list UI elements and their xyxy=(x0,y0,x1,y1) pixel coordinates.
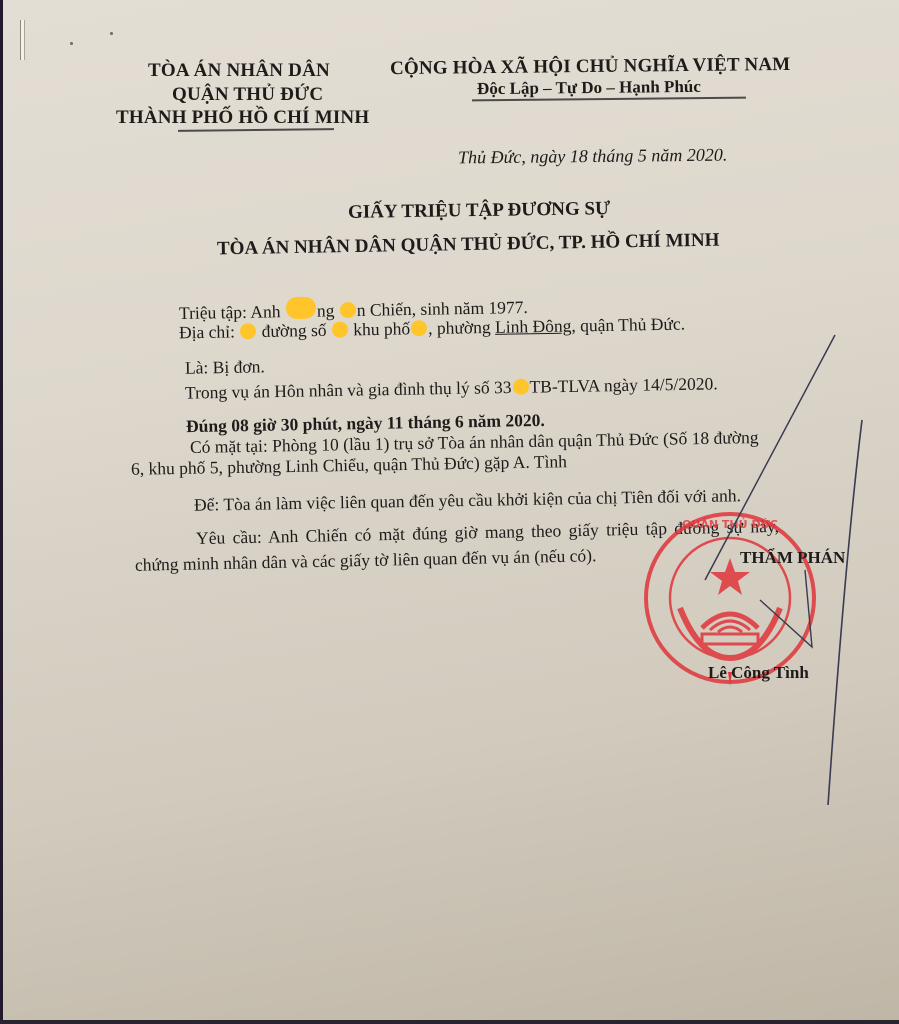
court-city: THÀNH PHỐ HỒ CHÍ MINH xyxy=(116,107,369,129)
redaction-mark xyxy=(512,379,528,395)
court-name: TÒA ÁN NHÂN DÂN xyxy=(148,60,330,82)
request-line-2: chứng minh nhân dân và các giấy tờ liên … xyxy=(135,545,597,576)
ward-name: Linh Đông xyxy=(495,316,572,337)
defendant-name: n Chiến xyxy=(357,299,412,320)
header-underline xyxy=(178,128,334,131)
svg-text:QUẬN THỦ ĐỨC: QUẬN THỦ ĐỨC xyxy=(682,517,778,531)
court-seal-stamp: QUẬN THỦ ĐỨC xyxy=(640,508,820,688)
redaction-mark xyxy=(411,320,427,336)
photo-edge xyxy=(0,0,3,1024)
court-district: QUẬN THỦ ĐỨC xyxy=(172,84,323,106)
document-title: GIẤY TRIỆU TẬP ĐƯƠNG SỰ xyxy=(348,198,610,224)
national-title: CỘNG HÒA XÃ HỘI CHỦ NGHĨA VIỆT NAM xyxy=(390,54,791,80)
judge-title: THẨM PHÁN xyxy=(740,548,845,568)
photo-edge-bottom xyxy=(0,1020,899,1024)
redaction-mark xyxy=(332,321,348,337)
national-motto: Độc Lập – Tự Do – Hạnh Phúc xyxy=(477,77,701,99)
judge-name: Lê Công Tình xyxy=(708,663,809,683)
redaction-mark xyxy=(286,297,316,320)
role-line: Là: Bị đơn. xyxy=(185,356,265,378)
staple-mark xyxy=(20,20,25,60)
redaction-mark xyxy=(340,302,356,318)
redaction-mark xyxy=(240,323,256,339)
paper-speck xyxy=(70,42,73,45)
case-line: Trong vụ án Hôn nhân và gia đình thụ lý … xyxy=(185,373,718,403)
paper-speck xyxy=(110,32,113,35)
document-subtitle: TÒA ÁN NHÂN DÂN QUẬN THỦ ĐỨC, TP. HỒ CHÍ… xyxy=(217,230,720,261)
document-date: Thủ Đức, ngày 18 tháng 5 năm 2020. xyxy=(458,145,728,169)
